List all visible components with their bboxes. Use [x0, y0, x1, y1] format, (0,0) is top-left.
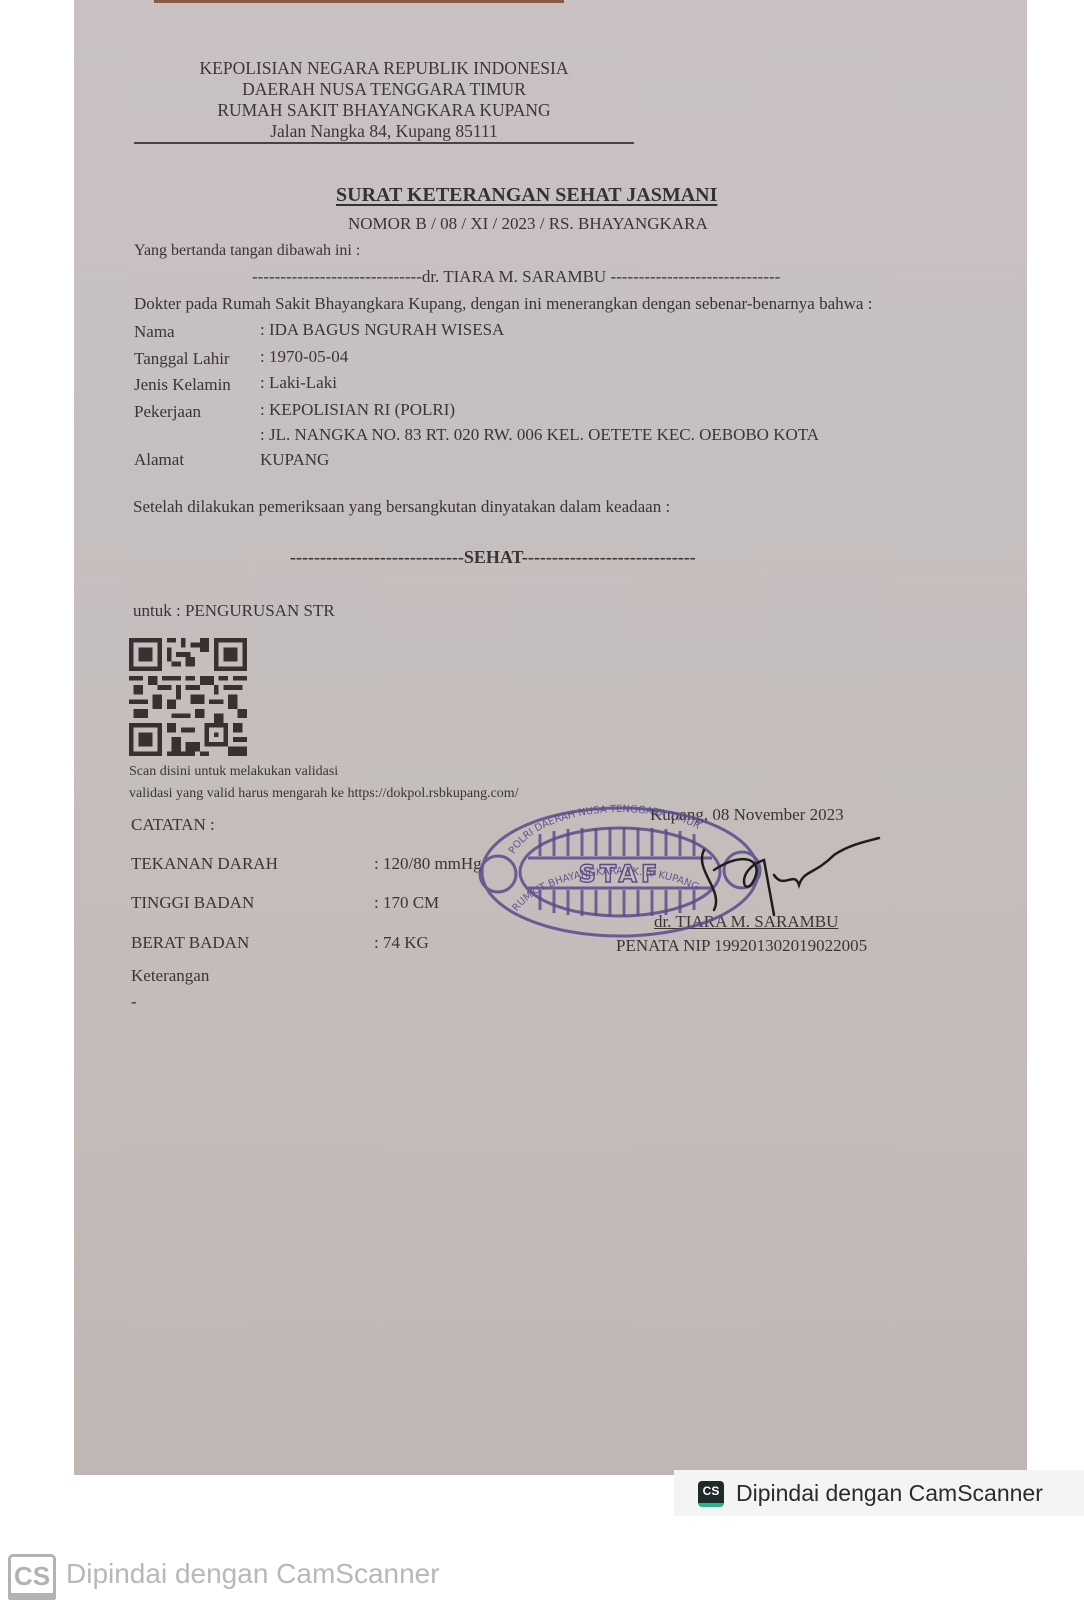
letterhead: KEPOLISIAN NEGARA REPUBLIK INDONESIA DAE… — [134, 58, 634, 142]
doctor-line: ------------------------------dr. TIARA … — [252, 267, 780, 287]
note-value-berat-badan: : 74 KG — [374, 933, 429, 953]
field-label-tanggal-lahir: Tanggal Lahir — [134, 349, 230, 369]
camscanner-badge-text: Dipindai dengan CamScanner — [736, 1480, 1043, 1507]
paper-edge — [154, 0, 564, 3]
note-label-tekanan-darah: TEKANAN DARAH — [131, 854, 278, 874]
purpose-text: untuk : PENGURUSAN STR — [133, 601, 335, 621]
letterhead-address: Jalan Nangka 84, Kupang 85111 — [134, 121, 634, 142]
document-number: NOMOR B / 08 / XI / 2023 / RS. BHAYANGKA… — [348, 214, 708, 234]
qr-caption: Scan disini untuk melakukan validasi — [129, 764, 338, 780]
field-label-alamat: Alamat — [134, 450, 184, 470]
remarks-value: - — [131, 992, 137, 1012]
signature — [684, 830, 884, 920]
note-label-berat-badan: BERAT BADAN — [131, 933, 249, 953]
field-label-nama: Nama — [134, 322, 175, 342]
field-value-jenis-kelamin: : Laki-Laki — [260, 373, 337, 393]
field-label-pekerjaan: Pekerjaan — [134, 402, 201, 422]
note-value-tekanan-darah: : 120/80 mmHg — [374, 854, 482, 874]
exam-text: Setelah dilakukan pemeriksaan yang bersa… — [133, 497, 670, 517]
field-label-jenis-kelamin: Jenis Kelamin — [134, 375, 231, 395]
camscanner-logo-icon: CS — [698, 1481, 724, 1507]
field-value-pekerjaan: : KEPOLISIAN RI (POLRI) — [260, 400, 455, 420]
camscanner-watermark-text: Dipindai dengan CamScanner — [66, 1558, 440, 1590]
camscanner-badge: CS Dipindai dengan CamScanner — [674, 1470, 1084, 1516]
qr-validation-url: validasi yang valid harus mengarah ke ht… — [129, 786, 519, 802]
qr-code[interactable] — [128, 638, 248, 756]
note-label-tinggi-badan: TINGGI BADAN — [131, 893, 254, 913]
note-value-tinggi-badan: : 170 CM — [374, 893, 439, 913]
document-title: SURAT KETERANGAN SEHAT JASMANI — [336, 184, 717, 207]
notes-heading: CATATAN : — [131, 815, 215, 835]
letterhead-divider — [134, 142, 634, 144]
field-value-alamat-cont: KUPANG — [260, 450, 329, 470]
result-sehat: -----------------------------SEHAT------… — [290, 547, 696, 568]
field-value-alamat: : JL. NANGKA NO. 83 RT. 020 RW. 006 KEL.… — [260, 425, 819, 445]
field-value-nama: : IDA BAGUS NGURAH WISESA — [260, 320, 504, 340]
remarks-label: Keterangan — [131, 966, 209, 986]
letterhead-line: RUMAH SAKIT BHAYANGKARA KUPANG — [134, 100, 634, 121]
letterhead-line: DAERAH NUSA TENGGARA TIMUR — [134, 79, 634, 100]
intro-text: Yang bertanda tangan dibawah ini : — [134, 242, 360, 260]
camscanner-watermark-logo-icon: CS — [8, 1554, 56, 1600]
letterhead-line: KEPOLISIAN NEGARA REPUBLIK INDONESIA — [134, 58, 634, 79]
scanned-paper: KEPOLISIAN NEGARA REPUBLIK INDONESIA DAE… — [74, 0, 1027, 1475]
field-value-tanggal-lahir: : 1970-05-04 — [260, 347, 348, 367]
statement-text: Dokter pada Rumah Sakit Bhayangkara Kupa… — [134, 294, 872, 314]
